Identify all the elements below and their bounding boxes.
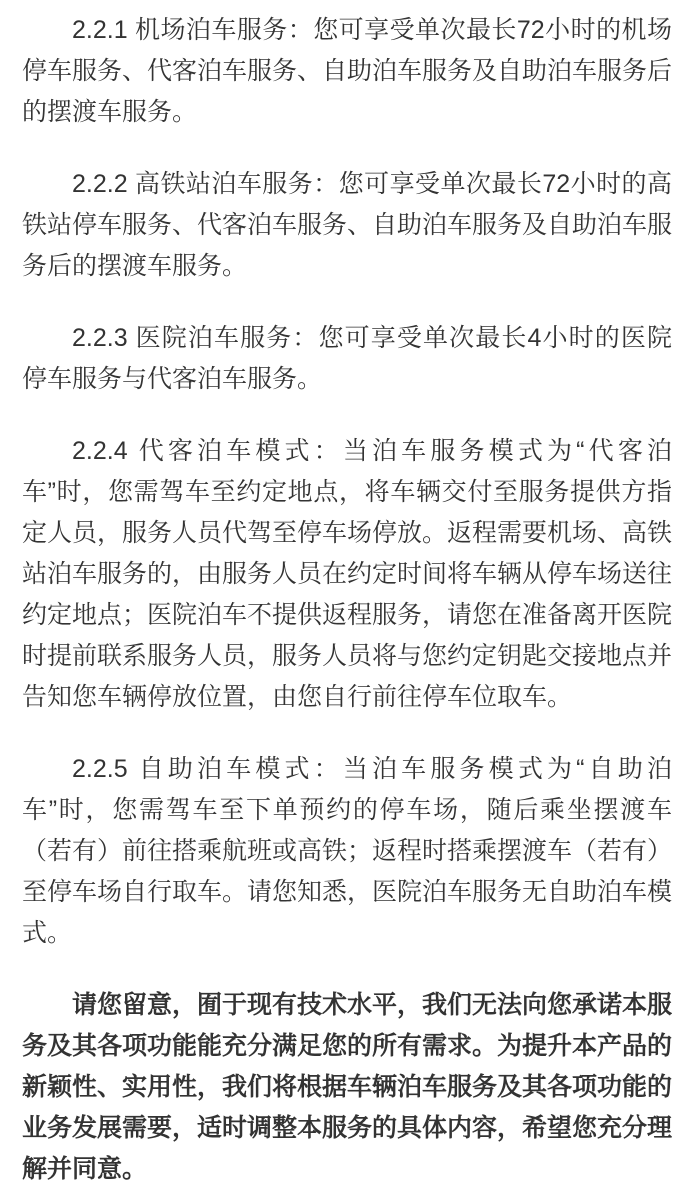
paragraph-clause-2-2-2: 2.2.2 高铁站泊车服务：您可享受单次最长72小时的高铁站停车服务、代客泊车服…	[22, 164, 672, 287]
document-body: 2.2.1 机场泊车服务：您可享受单次最长72小时的机场停车服务、代客泊车服务、…	[22, 10, 672, 1190]
terms-document: 2.2.1 机场泊车服务：您可享受单次最长72小时的机场停车服务、代客泊车服务、…	[0, 0, 700, 1196]
paragraph-clause-2-2-1: 2.2.1 机场泊车服务：您可享受单次最长72小时的机场停车服务、代客泊车服务、…	[22, 10, 672, 133]
paragraph-clause-2-2-4: 2.2.4 代客泊车模式：当泊车服务模式为“代客泊车”时，您需驾车至约定地点，将…	[22, 431, 672, 718]
paragraph-clause-2-2-3: 2.2.3 医院泊车服务：您可享受单次最长4小时的医院停车服务与代客泊车服务。	[22, 318, 672, 400]
paragraph-notice: 请您留意，囿于现有技术水平，我们无法向您承诺本服务及其各项功能能充分满足您的所有…	[22, 985, 672, 1190]
paragraph-clause-2-2-5: 2.2.5 自助泊车模式：当泊车服务模式为“自助泊车”时，您需驾车至下单预约的停…	[22, 749, 672, 954]
